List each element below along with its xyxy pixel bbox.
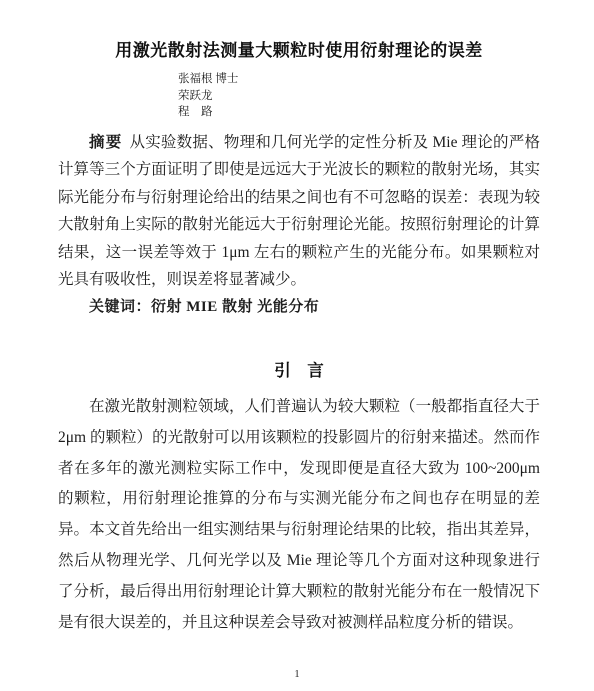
abstract-label: 摘要 (89, 134, 122, 151)
introduction-paragraph: 在激光散射测粒领域，人们普遍认为较大颗粒（一般都指直径大于 2μm 的颗粒）的光… (58, 392, 540, 638)
author-name-3: 程 路 (178, 104, 540, 121)
keywords-text: 衍射 MIE 散射 光能分布 (151, 299, 319, 315)
author-name-1: 张福根 博士 (178, 71, 540, 88)
document-page: 用激光散射法测量大颗粒时使用衍射理论的误差 张福根 博士 荣跃龙 程 路 摘要从… (0, 0, 594, 691)
keywords-label: 关键词： (89, 299, 151, 315)
section-heading-introduction: 引 言 (58, 357, 540, 381)
author-name-2: 荣跃龙 (178, 88, 540, 105)
abstract-text: 从实验数据、物理和几何光学的定性分析及 Mie 理论的严格计算等三个方面证明了即… (58, 134, 540, 289)
abstract-paragraph: 摘要从实验数据、物理和几何光学的定性分析及 Mie 理论的严格计算等三个方面证明… (58, 129, 540, 294)
author-list: 张福根 博士 荣跃龙 程 路 (178, 71, 540, 121)
paper-title: 用激光散射法测量大颗粒时使用衍射理论的误差 (58, 36, 540, 61)
page-number: 1 (0, 669, 594, 680)
keywords-line: 关键词：衍射 MIE 散射 光能分布 (58, 294, 540, 322)
